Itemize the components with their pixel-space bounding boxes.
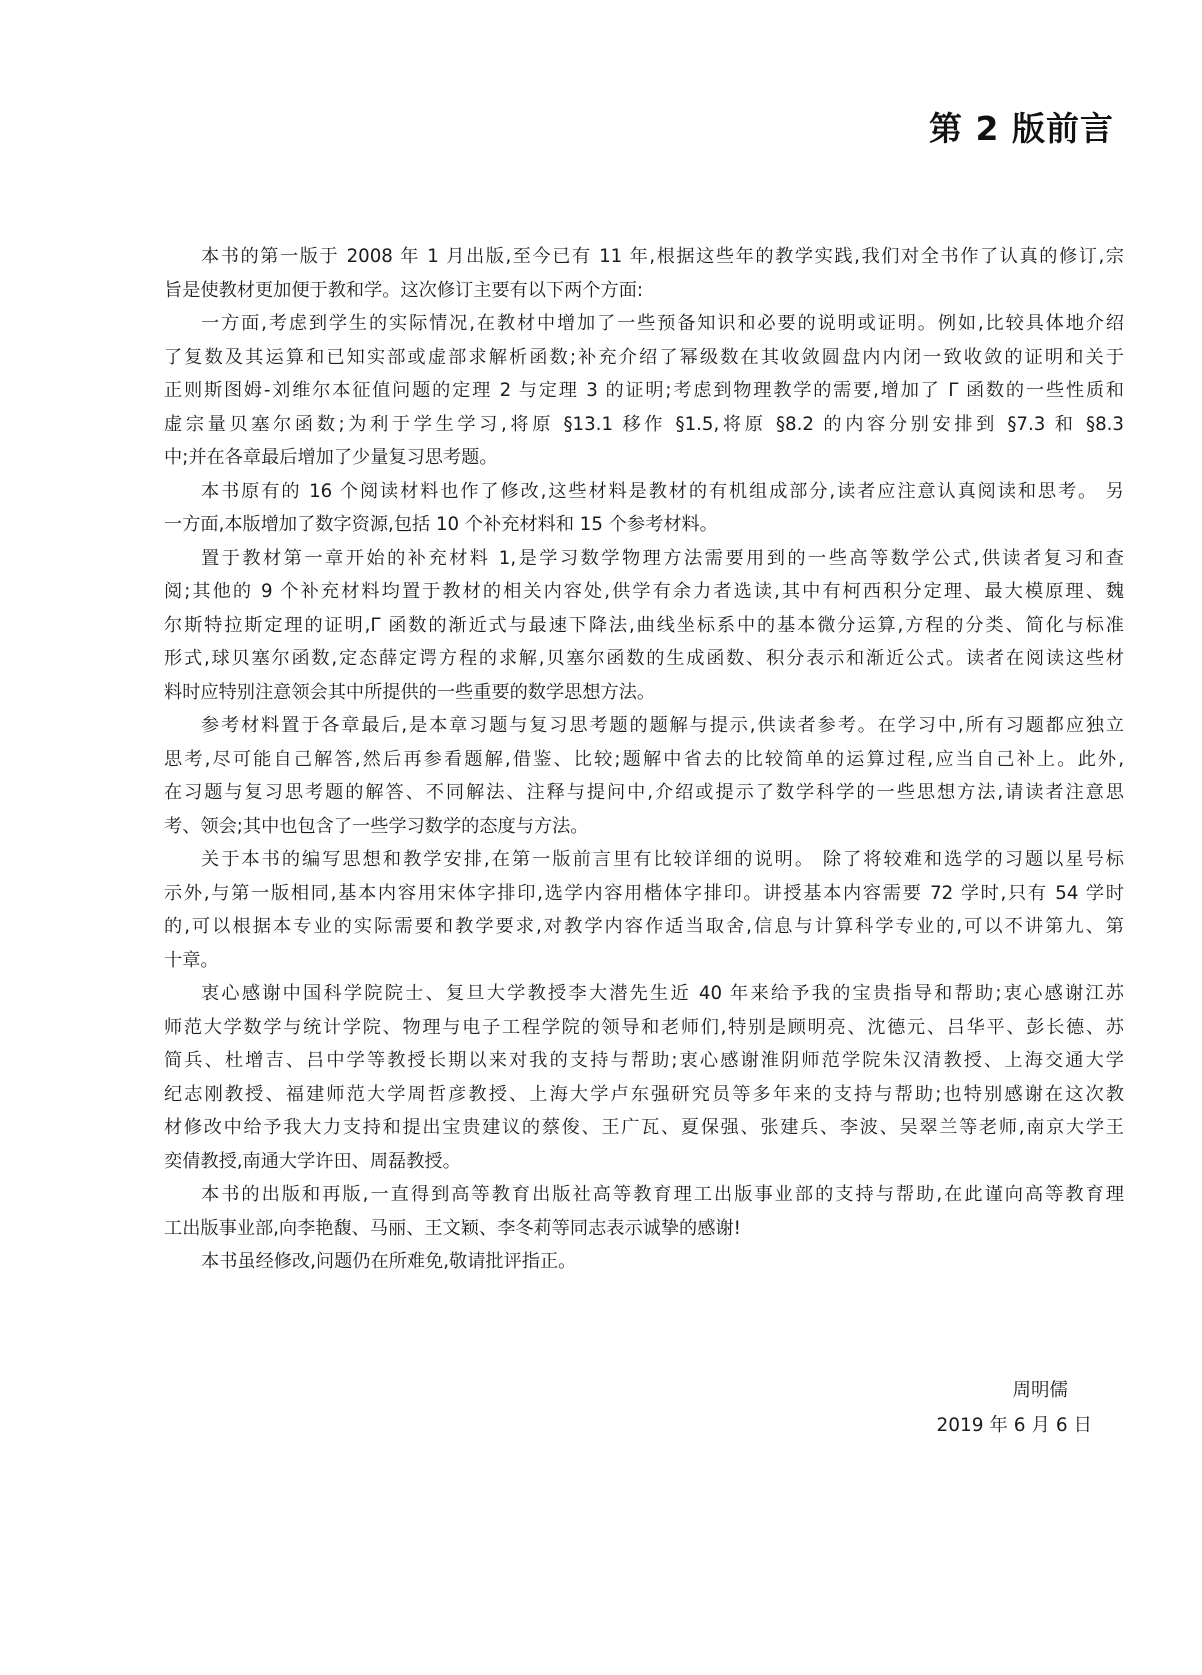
text-line: 师范大学数学与统计学院、物理与电子工程学院的领导和老师们,特别是顾明亮、沈德元、… — [164, 1011, 1124, 1045]
paragraph-reading-materials: 本书原有的 16 个阅读材料也作了修改,这些材料是教材的有机组成部分,读者应注意… — [164, 475, 1124, 542]
text-line: 本书原有的 16 个阅读材料也作了修改,这些材料是教材的有机组成部分,读者应注意… — [164, 475, 1124, 509]
page-title: 第 2 版前言 — [929, 103, 1114, 150]
text-line: 简兵、杜增吉、吕中学等教授长期以来对我的支持与帮助;衷心感谢淮阴师范学院朱汉清教… — [164, 1044, 1124, 1078]
signature-block: 周明儒 2019 年 6 月 6 日 — [936, 1373, 1092, 1443]
text-line: 阅;其他的 9 个补充材料均置于教材的相关内容处,供学有余力者选读,其中有柯西积… — [164, 575, 1124, 609]
text-line: 的,可以根据本专业的实际需要和教学要求,对教学内容作适当取舍,信息与计算科学专业… — [164, 910, 1124, 944]
text-line: 工出版事业部,向李艳馥、马丽、王文颖、李冬莉等同志表示诚挚的感谢! — [164, 1212, 1124, 1246]
text-line: 本书的第一版于 2008 年 1 月出版,至今已有 11 年,根据这些年的教学实… — [164, 240, 1124, 274]
text-line: 思考,尽可能自己解答,然后再参看题解,借鉴、比较;题解中省去的比较简单的运算过程… — [164, 743, 1124, 777]
text-line: 在习题与复习思考题的解答、不同解法、注释与提问中,介绍或提示了数学科学的一些思想… — [164, 776, 1124, 810]
text-line: 旨是使教材更加便于教和学。这次修订主要有以下两个方面: — [164, 274, 1124, 308]
text-line: 形式,球贝塞尔函数,定态薛定谔方程的求解,贝塞尔函数的生成函数、积分表示和渐近公… — [164, 642, 1124, 676]
text-line: 材修改中给予我大力支持和提出宝贵建议的蔡俊、王广瓦、夏保强、张建兵、李波、吴翠兰… — [164, 1111, 1124, 1145]
signature-date: 2019 年 6 月 6 日 — [936, 1408, 1092, 1443]
text-line: 示外,与第一版相同,基本内容用宋体字排印,选学内容用楷体字排印。讲授基本内容需要… — [164, 877, 1124, 911]
text-line: 考、领会;其中也包含了一些学习数学的态度与方法。 — [164, 810, 1124, 844]
paragraph-intro: 本书的第一版于 2008 年 1 月出版,至今已有 11 年,根据这些年的教学实… — [164, 240, 1124, 307]
text-line: 本书的出版和再版,一直得到高等教育出版社高等教育理工出版事业部的支持与帮助,在此… — [164, 1178, 1124, 1212]
paragraph-reference-materials: 参考材料置于各章最后,是本章习题与复习思考题的题解与提示,供读者参考。在学习中,… — [164, 709, 1124, 843]
text-line: 纪志刚教授、福建师范大学周哲彦教授、上海大学卢东强研究员等多年来的支持与帮助;也… — [164, 1078, 1124, 1112]
text-line: 料时应特别注意领会其中所提供的一些重要的数学思想方法。 — [164, 676, 1124, 710]
text-line: 了复数及其运算和已知实部或虚部求解析函数;补充介绍了幂级数在其收敛圆盘内内闭一致… — [164, 341, 1124, 375]
preface-body: 本书的第一版于 2008 年 1 月出版,至今已有 11 年,根据这些年的教学实… — [164, 240, 1124, 1279]
text-line: 尔斯特拉斯定理的证明,Γ 函数的渐近式与最速下降法,曲线坐标系中的基本微分运算,… — [164, 609, 1124, 643]
text-line: 置于教材第一章开始的补充材料 1,是学习数学物理方法需要用到的一些高等数学公式,… — [164, 542, 1124, 576]
paragraph-acknowledgements: 衷心感谢中国科学院院士、复旦大学教授李大潜先生近 40 年来给予我的宝贵指导和帮… — [164, 977, 1124, 1178]
text-line: 奕倩教授,南通大学许田、周磊教授。 — [164, 1145, 1124, 1179]
paragraph-supplementary-materials: 置于教材第一章开始的补充材料 1,是学习数学物理方法需要用到的一些高等数学公式,… — [164, 542, 1124, 710]
text-line: 一方面,考虑到学生的实际情况,在教材中增加了一些预备知识和必要的说明或证明。例如… — [164, 307, 1124, 341]
paragraph-teaching-arrangement: 关于本书的编写思想和教学安排,在第一版前言里有比较详细的说明。 除了将较难和选学… — [164, 843, 1124, 977]
paragraph-closing: 本书虽经修改,问题仍在所难免,敬请批评指正。 — [164, 1245, 1124, 1279]
text-line: 本书虽经修改,问题仍在所难免,敬请批评指正。 — [164, 1245, 1124, 1279]
text-line: 参考材料置于各章最后,是本章习题与复习思考题的题解与提示,供读者参考。在学习中,… — [164, 709, 1124, 743]
paragraph-publisher-thanks: 本书的出版和再版,一直得到高等教育出版社高等教育理工出版事业部的支持与帮助,在此… — [164, 1178, 1124, 1245]
text-line: 正则斯图姆-刘维尔本征值问题的定理 2 与定理 3 的证明;考虑到物理教学的需要… — [164, 374, 1124, 408]
text-line: 十章。 — [164, 944, 1124, 978]
text-line: 虚宗量贝塞尔函数;为利于学生学习,将原 §13.1 移作 §1.5,将原 §8.… — [164, 408, 1124, 442]
paragraph-revision-one: 一方面,考虑到学生的实际情况,在教材中增加了一些预备知识和必要的说明或证明。例如… — [164, 307, 1124, 475]
text-line: 衷心感谢中国科学院院士、复旦大学教授李大潜先生近 40 年来给予我的宝贵指导和帮… — [164, 977, 1124, 1011]
author-name: 周明儒 — [936, 1373, 1092, 1408]
text-line: 一方面,本版增加了数字资源,包括 10 个补充材料和 15 个参考材料。 — [164, 508, 1124, 542]
text-line: 关于本书的编写思想和教学安排,在第一版前言里有比较详细的说明。 除了将较难和选学… — [164, 843, 1124, 877]
text-line: 中;并在各章最后增加了少量复习思考题。 — [164, 441, 1124, 475]
